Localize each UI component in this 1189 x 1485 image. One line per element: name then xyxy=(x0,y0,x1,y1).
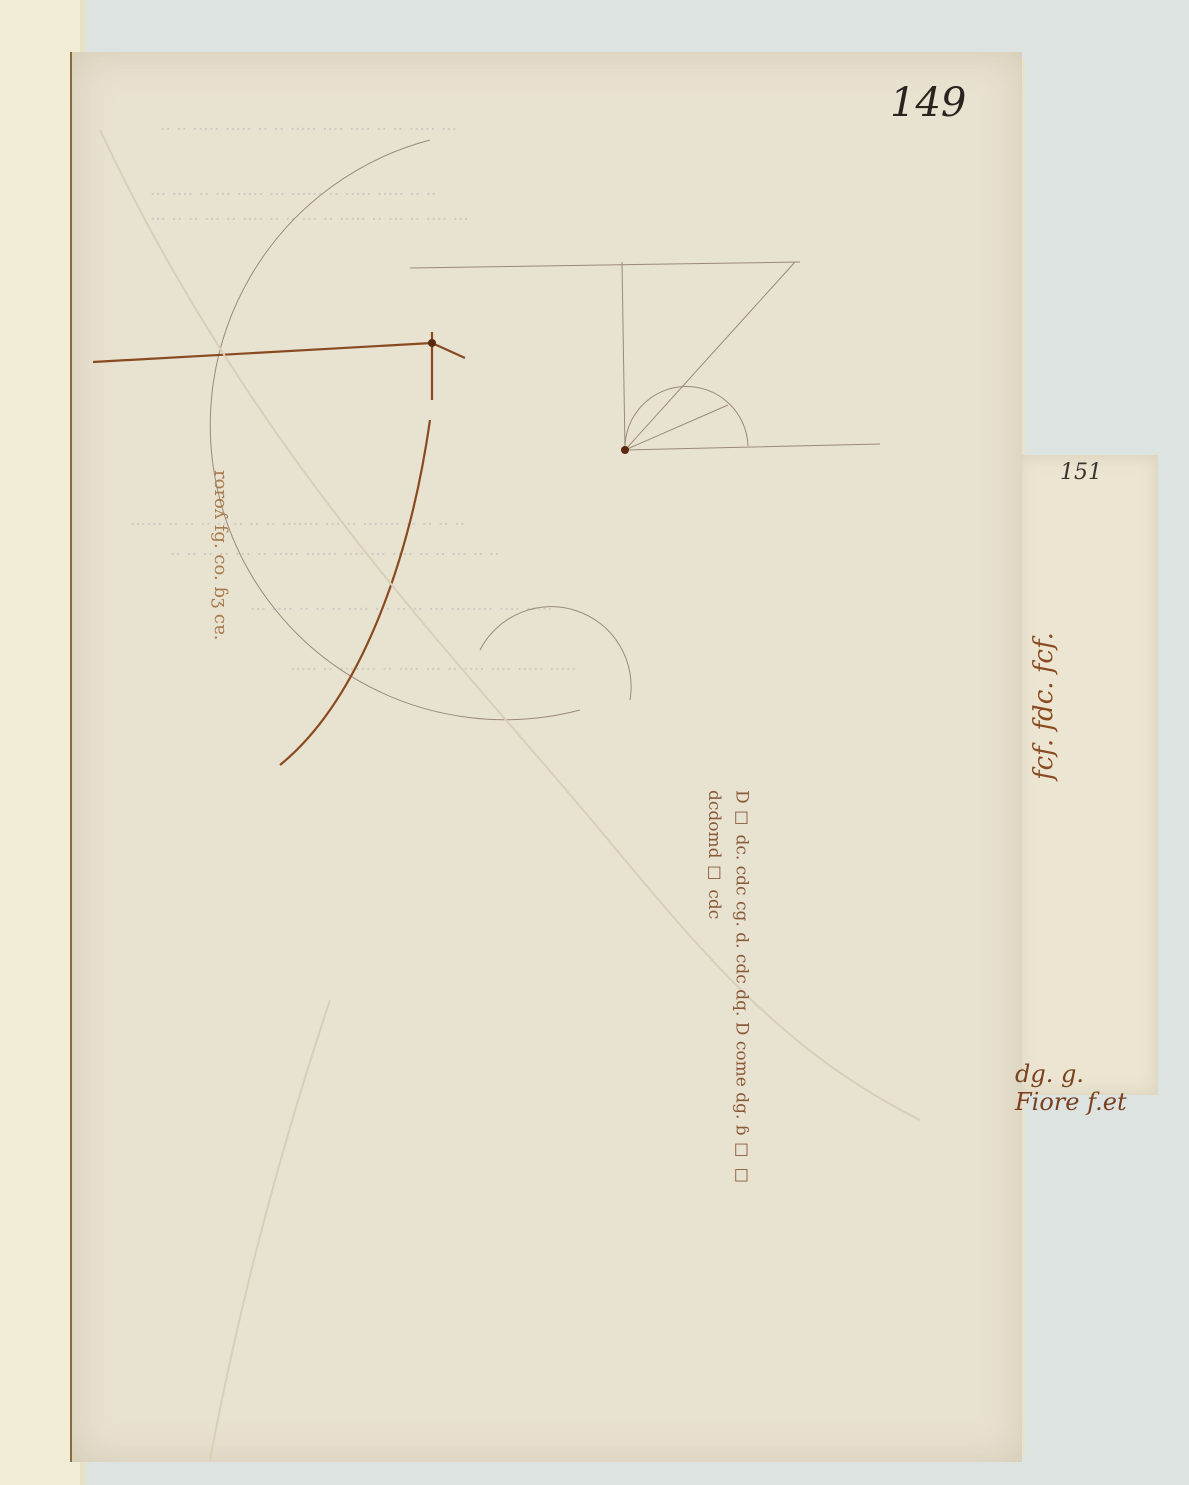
note: fcf. xyxy=(1029,632,1059,673)
note: Fiore f.et xyxy=(1015,1088,1127,1116)
folio-number-151: 151 xyxy=(1060,460,1102,485)
note: fcf. xyxy=(1029,739,1059,780)
folio-number-149: 149 xyxy=(890,80,966,126)
line: cdc dq. xyxy=(731,954,751,1017)
vertical-text-block: D ☐ dc. cdc cg. d. cdc dq. D come dg. ɓ … xyxy=(700,790,754,1190)
line: D come xyxy=(731,1022,751,1087)
folio-151-notes: fcf. fdc. fcf. xyxy=(1020,500,1069,780)
line: cdc cg. d. xyxy=(731,866,751,949)
vertical-note-left: roroʎ fg. co. ɓʒ cɐ. xyxy=(210,470,231,640)
line: dg. ɓ ☐ xyxy=(731,1092,751,1161)
folio-151-bottom-note: dg. g. Fiore f.et xyxy=(1015,1060,1127,1116)
line: ☐ cdc xyxy=(704,864,724,919)
note: fdc. xyxy=(1029,681,1059,730)
note: dg. xyxy=(1015,1060,1053,1088)
geometric-diagram xyxy=(0,0,1189,1485)
line: D ☐ dc. xyxy=(731,790,751,860)
note: g. xyxy=(1061,1060,1084,1088)
